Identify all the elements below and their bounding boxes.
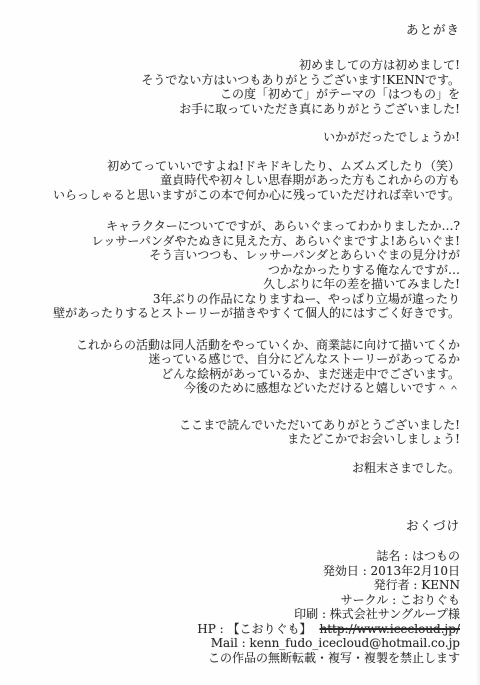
afterword-paragraph-greeting: 初めましての方は初めまして! そうでない方はいつもありがとうございます!KENN…: [18, 58, 460, 116]
text-line: 初めましての方は初めまして!: [18, 58, 460, 73]
afterword-paragraph-closing: お粗末さまでした。: [18, 461, 460, 476]
text-line: 壁があったりするとストーリーが描きやすくて個人的にはすごく好きです。: [18, 306, 460, 321]
afterword-paragraph-question: いかがだったでしょうか!: [18, 130, 460, 145]
text-line: どんな絵柄があっているか、まだ迷走中でございます。: [18, 367, 460, 382]
text-line: つかなかったりする俺なんですが…: [18, 263, 460, 278]
afterword-heading: あとがき: [18, 22, 460, 37]
colophon-publisher-line: 発行者 : KENN: [18, 578, 460, 593]
hp-url-strikethrough: http://www.icecloud.jp/: [319, 622, 460, 636]
hp-label: HP : 【こおりぐも】: [197, 622, 311, 636]
text-line: これからの活動は同人活動をやっていくか、商業誌に向けて描いてくか: [18, 338, 460, 353]
text-line: またどこかでお会いしましょう!: [18, 432, 460, 447]
colophon-date-line: 発効日 : 2013年2月10日: [18, 564, 460, 579]
colophon-title-line: 誌名 : はつもの: [18, 549, 460, 564]
text-line: 今後のために感想などいただけると嬉しいです＾＾: [18, 381, 460, 396]
colophon-hp-line: HP : 【こおりぐも】http://www.icecloud.jp/: [18, 622, 460, 637]
text-line: 迷っている感じで、自分にどんなストーリーがあってるか: [18, 352, 460, 367]
colophon-heading: おくづけ: [18, 518, 460, 533]
text-line: いかがだったでしょうか!: [18, 130, 460, 145]
afterword-paragraph-thanks: ここまで読んでいただいてありがとうございました! またどこかでお会いしましょう!: [18, 418, 460, 447]
text-line: この度「初めて」がテーマの「はつもの」を: [18, 87, 460, 102]
afterword-paragraph-characters: キャラクターについてですが、あらいぐまってわかりましたか…? レッサーパンダやた…: [18, 219, 460, 321]
colophon-mail-line: Mail : kenn_fudo_icecloud@hotmail.co.jp: [18, 636, 460, 651]
scanned-afterword-page: あとがき 初めましての方は初めまして! そうでない方はいつもありがとうございます…: [0, 0, 480, 685]
text-line: 童貞時代や初々しい思春期があった方もこれからの方も: [18, 173, 460, 188]
text-line: ここまで読んでいただいてありがとうございました!: [18, 418, 460, 433]
colophon-copyright-notice: この作品の無断転載・複写・複製を禁止します: [18, 651, 460, 666]
text-line: いらっしゃると思いますがこの本で何か心に残っていただければ幸いです。: [18, 188, 460, 203]
text-line: 久しぶりに年の差を描いてみました!: [18, 277, 460, 292]
colophon-block: 誌名 : はつもの 発効日 : 2013年2月10日 発行者 : KENN サー…: [18, 549, 460, 665]
text-line: そう言いつつも、レッサーパンダとあらいぐまの見分けが: [18, 248, 460, 263]
colophon-circle-line: サークル : こおりぐも: [18, 593, 460, 608]
text-line: キャラクターについてですが、あらいぐまってわかりましたか…?: [18, 219, 460, 234]
text-line: 初めてっていいですよね!ドキドキしたり、ムズムズしたり（笑）: [18, 159, 460, 174]
text-line: そうでない方はいつもありがとうございます!KENNです。: [18, 73, 460, 88]
colophon-printer-line: 印刷 : 株式会社サングループ様: [18, 607, 460, 622]
text-line: お手に取っていただき真にありがとうございました!: [18, 102, 460, 117]
afterword-paragraph-theme: 初めてっていいですよね!ドキドキしたり、ムズムズしたり（笑） 童貞時代や初々しい…: [18, 159, 460, 203]
afterword-paragraph-future: これからの活動は同人活動をやっていくか、商業誌に向けて描いてくか 迷っている感じ…: [18, 338, 460, 396]
text-line: お粗末さまでした。: [18, 461, 460, 476]
text-line: 3年ぶりの作品になりますねー、やっぱり立場が違ったり: [18, 292, 460, 307]
text-line: レッサーパンダやたぬきに見えた方、あらいぐまですよ!あらいぐま!: [18, 234, 460, 249]
